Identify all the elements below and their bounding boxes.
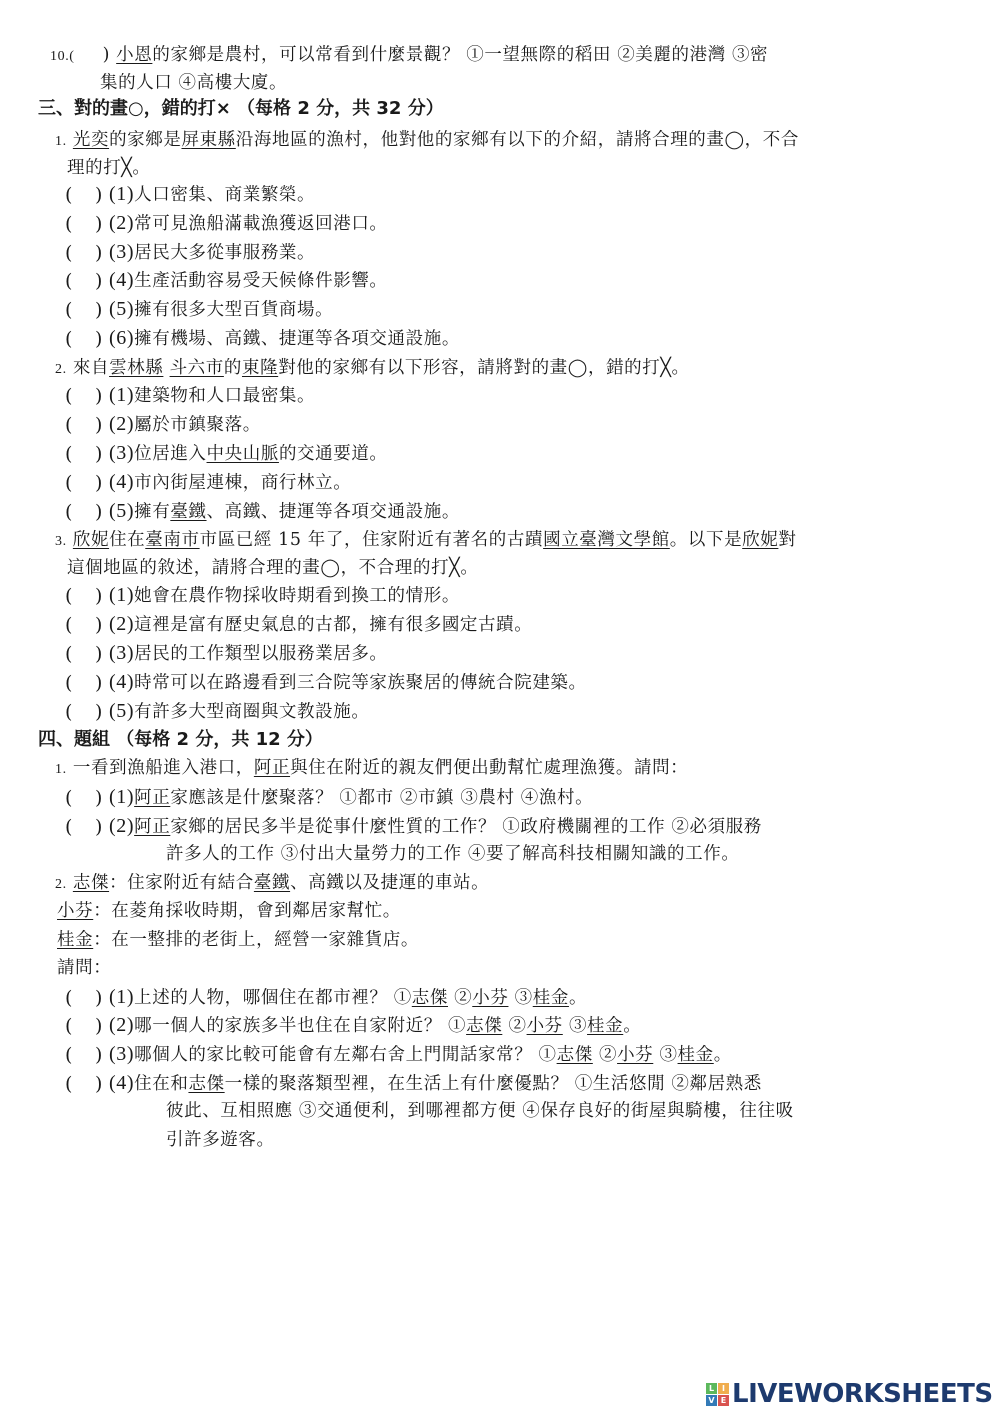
s4-q2-item: ()(1)上述的人物，哪個住在都市裡？ ①志傑 ②小芬 ③桂金。	[65, 985, 587, 1010]
answer-blank[interactable]: ()	[65, 988, 109, 1010]
text: 對	[778, 530, 796, 550]
option-name: 志傑	[412, 988, 448, 1008]
answer-blank[interactable]: ()	[65, 1016, 109, 1038]
item-label: (1)	[109, 786, 134, 808]
option-marker: ①	[539, 1045, 557, 1065]
worksheet-page: 10.() 小恩的家鄉是農村，可以常看到什麼景觀？ ①一望無際的稻田 ②美麗的港…	[0, 0, 1000, 1416]
item-text: 擁有機場、高鐵、捷運等各項交通設施。	[134, 329, 460, 349]
s4-q2-person-1: 2. 志傑：住家附近有結合臺鐵、高鐵以及捷運的車站。	[55, 871, 489, 897]
question-10-line1: 10.() 小恩的家鄉是農村，可以常看到什麼景觀？ ①一望無際的稻田 ②美麗的港…	[50, 43, 768, 69]
answer-blank[interactable]: ()	[65, 444, 109, 466]
place-name: 雲林縣	[109, 358, 163, 378]
text: ：住家附近有結合	[109, 873, 254, 893]
item-label: (3)	[109, 442, 134, 464]
text: 。	[623, 1016, 641, 1036]
option-name: 志傑	[466, 1016, 502, 1036]
person-name: 欣妮	[73, 530, 109, 550]
logo-letter: L	[706, 1383, 717, 1394]
s4-q2-item-continuation: 彼此、互相照應 ③交通便利，到哪裡都方便 ④保存良好的街屋與騎樓，往往吸	[166, 1099, 794, 1123]
answer-blank[interactable]: ()	[65, 644, 109, 666]
live-blocks-icon: L I V E	[706, 1383, 729, 1406]
option-marker: ②	[448, 988, 472, 1008]
person-name: 東隆	[242, 358, 278, 378]
item-label: (2)	[109, 1014, 134, 1036]
text: 。以下是	[670, 530, 742, 550]
item-label: (2)	[109, 212, 134, 234]
item-text: 常可見漁船滿載漁獲返回港口。	[134, 214, 387, 234]
s4-q1-item: ()(2)阿正家鄉的居民多半是從事什麼性質的工作？ ①政府機關裡的工作 ②必須服…	[65, 814, 762, 839]
text: 、高鐵以及捷運的車站。	[290, 873, 489, 893]
s3-q3-item: ()(1)她會在農作物採收時期看到換工的情形。	[65, 583, 460, 608]
question-text: 的家鄉是農村，可以常看到什麼景觀？ ①一望無際的稻田 ②美麗的港灣 ③密	[152, 45, 768, 65]
answer-blank[interactable]: ()	[65, 673, 109, 695]
term: 臺鐵	[254, 873, 290, 893]
s3-q2-item: ()(5)擁有臺鐵、高鐵、捷運等各項交通設施。	[65, 499, 460, 524]
s4-q2-ask: 請問：	[57, 956, 111, 980]
option-name: 小芬	[527, 1016, 563, 1036]
s3-q1-item: ()(3)居民大多從事服務業。	[65, 240, 315, 265]
item-text: 市內街屋連棟，商行林立。	[134, 473, 351, 493]
item-label: (4)	[109, 269, 134, 291]
item-label: (2)	[109, 815, 134, 837]
item-label: (2)	[109, 413, 134, 435]
answer-blank[interactable]: ()	[65, 185, 109, 207]
s3-q3-stem: 3. 欣妮住在臺南市市區已經 15 年了，住家附近有著名的古蹟國立臺灣文學館。以…	[55, 528, 797, 554]
s3-q3-item: ()(3)居民的工作類型以服務業居多。	[65, 641, 388, 666]
item-label: (3)	[109, 1043, 134, 1065]
item-label: (1)	[109, 183, 134, 205]
item-text: 擁有	[134, 502, 170, 522]
option-name: 志傑	[557, 1045, 593, 1065]
text: ：在菱角採收時期，會到鄰居家幫忙。	[93, 901, 401, 921]
item-text: 擁有很多大型百貨商場。	[134, 300, 333, 320]
person-name: 阿正	[134, 817, 170, 837]
item-text: 時常可以在路邊看到三合院等家族聚居的傳統合院建築。	[134, 673, 587, 693]
s3-q1-item: ()(1)人口密集、商業繁榮。	[65, 182, 315, 207]
s3-q3-item: ()(2)這裡是富有歷史氣息的古都，擁有很多國定古蹟。	[65, 612, 532, 637]
s3-q1-stem-line2: 理的打╳。	[67, 156, 151, 180]
s4-q2-item: ()(2)哪一個人的家族多半也住在自家附近？ ①志傑 ②小芬 ③桂金。	[65, 1013, 641, 1038]
item-text: 哪個人的家比較可能會有左鄰右舍上門閒話家常？	[134, 1045, 538, 1065]
s3-q3-item: ()(4)時常可以在路邊看到三合院等家族聚居的傳統合院建築。	[65, 670, 587, 695]
answer-blank[interactable]: ()	[65, 788, 109, 810]
text: 對他的家鄉有以下形容，請將對的畫◯，錯的打╳。	[278, 358, 689, 378]
s3-q1-item: ()(2)常可見漁船滿載漁獲返回港口。	[65, 211, 388, 236]
answer-blank[interactable]: ()	[65, 300, 109, 322]
place-name: 臺南市	[145, 530, 199, 550]
item-text: 家應該是什麼聚落？ ①都市 ②市鎮 ③農村 ④漁村。	[170, 788, 593, 808]
item-label: (3)	[109, 642, 134, 664]
s3-q2-item: ()(1)建築物和人口最密集。	[65, 383, 315, 408]
s4-q1-stem: 1. 一看到漁船進入港口，阿正與住在附近的親友們便出動幫忙處理漁獲。請問：	[55, 756, 688, 782]
item-label: (1)	[109, 584, 134, 606]
logo-letter: E	[718, 1395, 729, 1406]
item-text: 人口密集、商業繁榮。	[134, 185, 315, 205]
answer-blank[interactable]: ()	[65, 502, 109, 524]
answer-blank[interactable]: ()	[65, 1074, 109, 1096]
item-text: 她會在農作物採收時期看到換工的情形。	[134, 586, 460, 606]
option-marker: ②	[593, 1045, 617, 1065]
item-label: (3)	[109, 241, 134, 263]
answer-blank[interactable]: ()	[65, 329, 109, 351]
option-name: 小芬	[617, 1045, 653, 1065]
item-text: 生產活動容易受天候條件影響。	[134, 271, 387, 291]
s3-q1-stem: 1. 光奕的家鄉是屏東縣沿海地區的漁村，他對他的家鄉有以下的介紹，請將合理的畫◯…	[55, 128, 799, 154]
question-number: 10.(	[50, 49, 75, 64]
answer-blank[interactable]: ()	[65, 214, 109, 236]
option-marker: ③	[563, 1016, 587, 1036]
logo-letter: V	[706, 1395, 717, 1406]
item-label: (6)	[109, 327, 134, 349]
option-name: 桂金	[533, 988, 569, 1008]
item-label: (5)	[109, 298, 134, 320]
option-marker: ③	[653, 1045, 677, 1065]
answer-blank[interactable]: ()	[65, 473, 109, 495]
place-name: 屏東縣	[181, 130, 235, 150]
s3-q1-item: ()(6)擁有機場、高鐵、捷運等各項交通設施。	[65, 326, 460, 351]
option-name: 桂金	[678, 1045, 714, 1065]
text: 與住在附近的親友們便出動幫忙處理漁獲。請問：	[290, 758, 688, 778]
item-text: 一樣的聚落類型裡，在生活上有什麼優點？ ①生活悠閒 ②鄰居熟悉	[225, 1074, 762, 1094]
item-text: 這裡是富有歷史氣息的古都，擁有很多國定古蹟。	[134, 615, 532, 635]
item-label: (4)	[109, 1072, 134, 1094]
option-name: 桂金	[587, 1016, 623, 1036]
option-marker: ②	[502, 1016, 526, 1036]
s3-q2-item: ()(2)屬於市鎮聚落。	[65, 412, 261, 437]
place-name: 中央山脈	[207, 444, 279, 464]
s3-q2-item: ()(3)位居進入中央山脈的交通要道。	[65, 441, 388, 466]
text: 的	[224, 358, 242, 378]
person-name: 志傑	[73, 873, 109, 893]
question-number: 1.	[55, 134, 67, 149]
option-marker: ③	[508, 988, 532, 1008]
s4-q2-item: ()(4)住在和志傑一樣的聚落類型裡，在生活上有什麼優點？ ①生活悠閒 ②鄰居熟…	[65, 1071, 762, 1096]
s3-q1-item: ()(4)生產活動容易受天候條件影響。	[65, 268, 388, 293]
question-number: 1.	[55, 762, 67, 777]
answer-blank[interactable]: ()	[65, 271, 109, 293]
s3-q2-stem: 2. 來自雲林縣 斗六市的東隆對他的家鄉有以下形容，請將對的畫◯，錯的打╳。	[55, 356, 690, 382]
section-4-heading: 四、題組 （每格 2 分，共 12 分）	[38, 728, 323, 752]
item-text: 、高鐵、捷運等各項交通設施。	[207, 502, 460, 522]
logo-letter: I	[718, 1383, 729, 1394]
term: 臺鐵	[170, 502, 206, 522]
item-text: 的交通要道。	[279, 444, 388, 464]
liveworksheets-logo: L I V E LIVEWORKSHEETS	[706, 1379, 993, 1409]
item-text: 住在和	[134, 1074, 188, 1094]
item-text: 有許多大型商圈與文教設施。	[134, 702, 369, 722]
item-text: 屬於市鎮聚落。	[134, 415, 261, 435]
person-name: 志傑	[188, 1074, 224, 1094]
text: 住在	[109, 530, 145, 550]
item-label: (4)	[109, 471, 134, 493]
item-label: (1)	[109, 986, 134, 1008]
person-name: 欣妮	[742, 530, 778, 550]
item-label: (1)	[109, 384, 134, 406]
s3-q3-item: ()(5)有許多大型商圈與文教設施。	[65, 699, 369, 724]
s4-q2-item-continuation: 引許多遊客。	[166, 1128, 275, 1152]
question-number: 3.	[55, 534, 67, 549]
item-label: (5)	[109, 700, 134, 722]
answer-blank[interactable]: ()	[65, 586, 109, 608]
text: 一看到漁船進入港口，	[73, 758, 254, 778]
text: ：在一整排的老街上，經營一家雜貨店。	[93, 930, 419, 950]
person-name: 小恩	[116, 45, 152, 65]
option-marker: ①	[448, 1016, 466, 1036]
answer-blank[interactable]: ()	[65, 243, 109, 265]
item-text: 居民大多從事服務業。	[134, 243, 315, 263]
text: 。	[569, 988, 587, 1008]
person-name: 阿正	[134, 788, 170, 808]
item-text: 居民的工作類型以服務業居多。	[134, 644, 387, 664]
item-label: (2)	[109, 613, 134, 635]
s3-q1-item: ()(5)擁有很多大型百貨商場。	[65, 297, 333, 322]
text: 。	[714, 1045, 732, 1065]
s4-q1-item: ()(1)阿正家應該是什麼聚落？ ①都市 ②市鎮 ③農村 ④漁村。	[65, 785, 593, 810]
text: 市區已經 15 年了，住家附近有著名的古蹟	[200, 530, 544, 550]
question-10-line2: 集的人口 ④高樓大廈。	[100, 71, 287, 95]
site-name: 國立臺灣文學館	[543, 530, 670, 550]
s4-q1-item-continuation: 許多人的工作 ③付出大量勞力的工作 ④要了解高科技相關知識的工作。	[166, 842, 739, 866]
question-number: 2.	[55, 877, 67, 892]
s4-q2-person-3: 桂金：在一整排的老街上，經營一家雜貨店。	[57, 928, 419, 952]
item-text: 家鄉的居民多半是從事什麼性質的工作？ ①政府機關裡的工作 ②必須服務	[170, 817, 762, 837]
answer-blank[interactable]: ()	[65, 386, 109, 408]
item-text: 建築物和人口最密集。	[134, 386, 315, 406]
answer-blank[interactable]: ()	[65, 817, 109, 839]
text: 沿海地區的漁村，他對他的家鄉有以下的介紹，請將合理的畫◯，不合	[236, 130, 799, 150]
question-number: 2.	[55, 362, 67, 377]
item-text: 上述的人物，哪個住在都市裡？	[134, 988, 394, 1008]
brand-name: LIVEWORKSHEETS	[732, 1379, 993, 1409]
answer-blank[interactable]: ()	[65, 615, 109, 637]
answer-blank[interactable]: ()	[65, 415, 109, 437]
section-3-heading: 三、對的畫○，錯的打× （每格 2 分，共 32 分）	[38, 97, 444, 121]
s4-q2-person-2: 小芬：在菱角採收時期，會到鄰居家幫忙。	[57, 899, 401, 923]
person-name: 阿正	[254, 758, 290, 778]
person-name: 小芬	[57, 901, 93, 921]
person-name: 光奕	[73, 130, 109, 150]
text: 來自	[73, 358, 109, 378]
place-name: 斗六市	[170, 358, 224, 378]
item-label: (4)	[109, 671, 134, 693]
option-marker: ①	[394, 988, 412, 1008]
paren-close: )	[103, 45, 110, 65]
s3-q2-item: ()(4)市內街屋連棟，商行林立。	[65, 470, 351, 495]
answer-blank[interactable]: ()	[65, 702, 109, 724]
item-label: (5)	[109, 500, 134, 522]
text: 的家鄉是	[109, 130, 181, 150]
s3-q3-stem-line2: 這個地區的敘述，請將合理的畫◯，不合理的打╳。	[67, 556, 478, 580]
person-name: 桂金	[57, 930, 93, 950]
item-text: 位居進入	[134, 444, 206, 464]
s4-q2-item: ()(3)哪個人的家比較可能會有左鄰右舍上門閒話家常？ ①志傑 ②小芬 ③桂金。	[65, 1042, 732, 1067]
option-name: 小芬	[472, 988, 508, 1008]
answer-blank[interactable]: ()	[65, 1045, 109, 1067]
item-text: 哪一個人的家族多半也住在自家附近？	[134, 1016, 448, 1036]
